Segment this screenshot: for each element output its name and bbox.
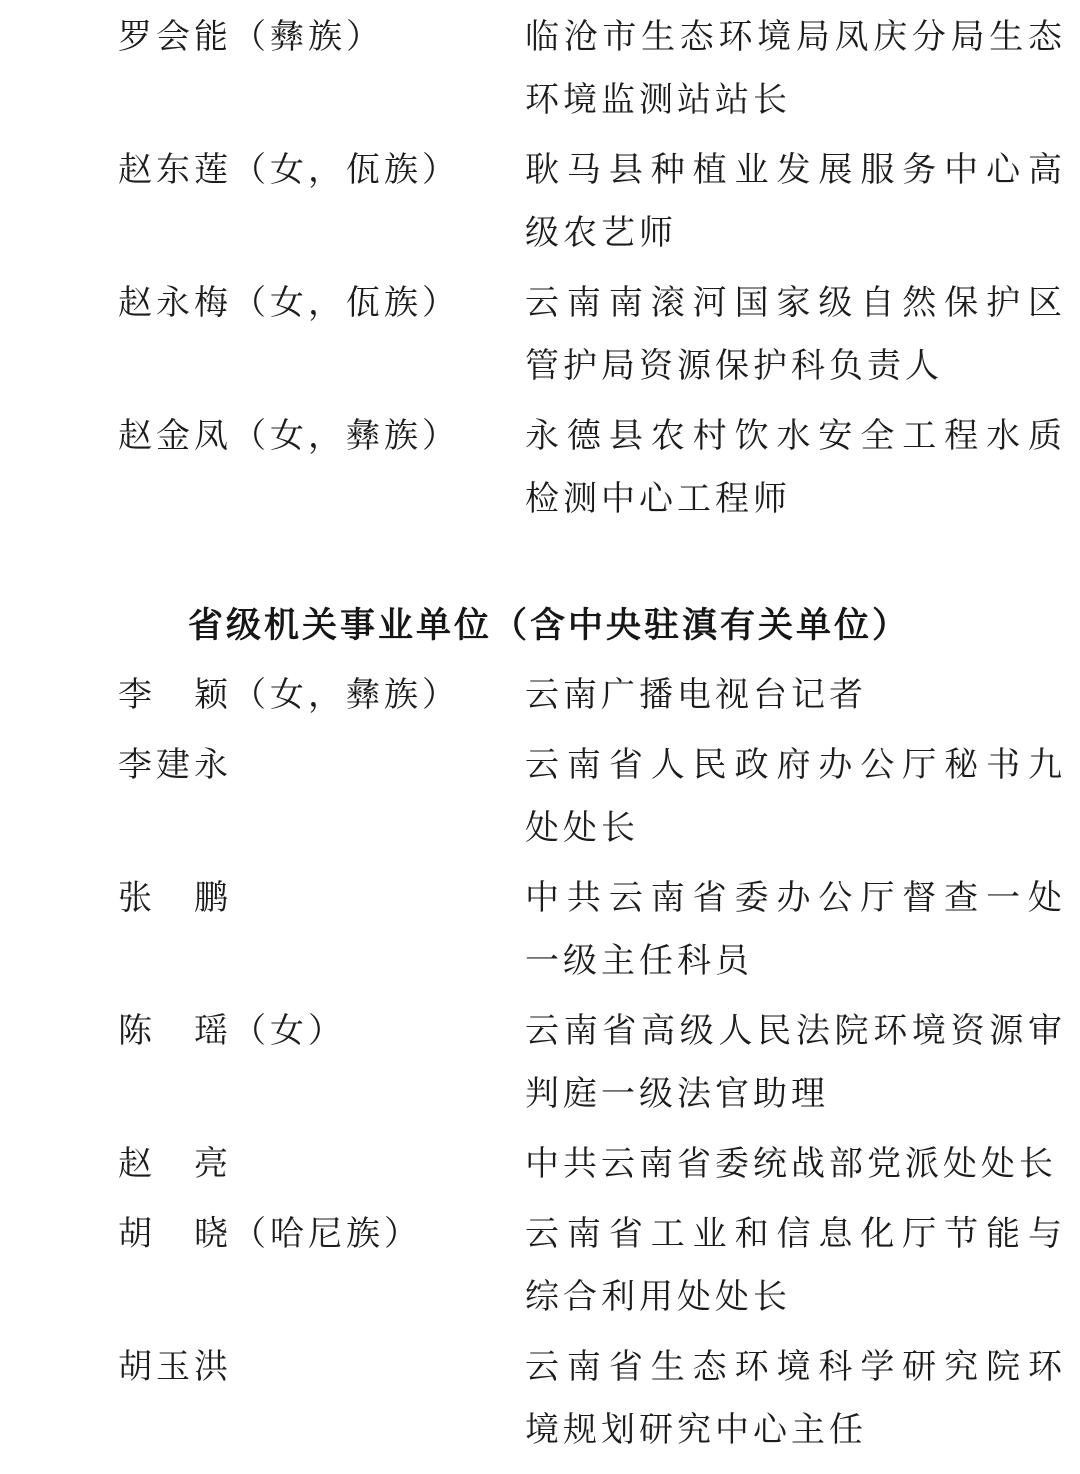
position-line: 检测中心工程师 (525, 468, 1062, 531)
person-name: 赵东莲（女，佤族） (118, 139, 525, 202)
list-item: 罗会能（彝族）临沧市生态环境局凤庆分局生态环境监测站站长 (118, 6, 1064, 132)
person-position: 永德县农村饮水安全工程水质检测中心工程师 (525, 405, 1062, 531)
person-position: 云南省工业和信息化厅节能与综合利用处处长 (525, 1203, 1062, 1329)
position-line: 云南省高级人民法院环境资源审 (525, 1000, 1062, 1063)
list-item: 李 颖（女，彝族）云南广播电视台记者 (118, 664, 1064, 727)
position-line: 一级主任科员 (525, 930, 1062, 993)
list-item: 胡 晓（哈尼族）云南省工业和信息化厅节能与综合利用处处长 (118, 1203, 1064, 1329)
person-name: 胡玉洪 (118, 1336, 525, 1399)
person-name: 罗会能（彝族） (118, 6, 525, 69)
list-item: 胡玉洪云南省生态环境科学研究院环境规划研究中心主任 (118, 1336, 1064, 1462)
position-line: 判庭一级法官助理 (525, 1063, 1062, 1126)
person-name: 李 颖（女，彝族） (118, 664, 525, 727)
position-line: 境规划研究中心主任 (525, 1399, 1062, 1462)
position-line: 级农艺师 (525, 202, 1062, 265)
list-item: 张 鹏中共云南省委办公厅督查一处一级主任科员 (118, 867, 1064, 993)
position-line: 云南省生态环境科学研究院环 (525, 1336, 1062, 1399)
position-line: 云南省工业和信息化厅节能与 (525, 1203, 1062, 1266)
person-position: 云南南滚河国家级自然保护区管护局资源保护科负责人 (525, 272, 1062, 398)
person-name: 赵金凤（女，彝族） (118, 405, 525, 468)
list-item: 赵金凤（女，彝族）永德县农村饮水安全工程水质检测中心工程师 (118, 405, 1064, 531)
list-item: 赵东莲（女，佤族）耿马县种植业发展服务中心高级农艺师 (118, 139, 1064, 265)
person-position: 云南省高级人民法院环境资源审判庭一级法官助理 (525, 1000, 1062, 1126)
person-name: 赵 亮 (118, 1133, 525, 1196)
list-item: 赵 亮中共云南省委统战部党派处处长 (118, 1133, 1064, 1196)
position-line: 综合利用处处长 (525, 1266, 1062, 1329)
person-position: 中共云南省委统战部党派处处长 (525, 1133, 1062, 1196)
person-position: 云南广播电视台记者 (525, 664, 1062, 727)
document-page: 罗会能（彝族）临沧市生态环境局凤庆分局生态环境监测站站长赵东莲（女，佤族）耿马县… (0, 0, 1080, 1474)
position-line: 云南南滚河国家级自然保护区 (525, 272, 1062, 335)
list-item: 李建永云南省人民政府办公厅秘书九处处长 (118, 734, 1064, 860)
person-position: 中共云南省委办公厅督查一处一级主任科员 (525, 867, 1062, 993)
position-line: 云南广播电视台记者 (525, 664, 1062, 727)
person-name: 李建永 (118, 734, 525, 797)
list-item: 陈 瑶（女）云南省高级人民法院环境资源审判庭一级法官助理 (118, 1000, 1064, 1126)
position-line: 耿马县种植业发展服务中心高 (525, 139, 1062, 202)
position-line: 环境监测站站长 (525, 69, 1062, 132)
person-name: 胡 晓（哈尼族） (118, 1203, 525, 1266)
position-line: 处处长 (525, 797, 1062, 860)
person-name: 赵永梅（女，佤族） (118, 272, 525, 335)
person-position: 云南省生态环境科学研究院环境规划研究中心主任 (525, 1336, 1062, 1462)
person-position: 临沧市生态环境局凤庆分局生态环境监测站站长 (525, 6, 1062, 132)
person-name: 陈 瑶（女） (118, 1000, 525, 1063)
position-line: 云南省人民政府办公厅秘书九 (525, 734, 1062, 797)
position-line: 管护局资源保护科负责人 (525, 335, 1062, 398)
position-line: 中共云南省委办公厅督查一处 (525, 867, 1062, 930)
person-position: 云南省人民政府办公厅秘书九处处长 (525, 734, 1062, 860)
person-name: 张 鹏 (118, 867, 525, 930)
section-heading: 省级机关事业单位（含中央驻滇有关单位） (188, 594, 1064, 657)
position-line: 临沧市生态环境局凤庆分局生态 (525, 6, 1062, 69)
person-position: 耿马县种植业发展服务中心高级农艺师 (525, 139, 1062, 265)
position-line: 永德县农村饮水安全工程水质 (525, 405, 1062, 468)
position-line: 中共云南省委统战部党派处处长 (525, 1133, 1062, 1196)
list-item: 赵永梅（女，佤族）云南南滚河国家级自然保护区管护局资源保护科负责人 (118, 272, 1064, 398)
